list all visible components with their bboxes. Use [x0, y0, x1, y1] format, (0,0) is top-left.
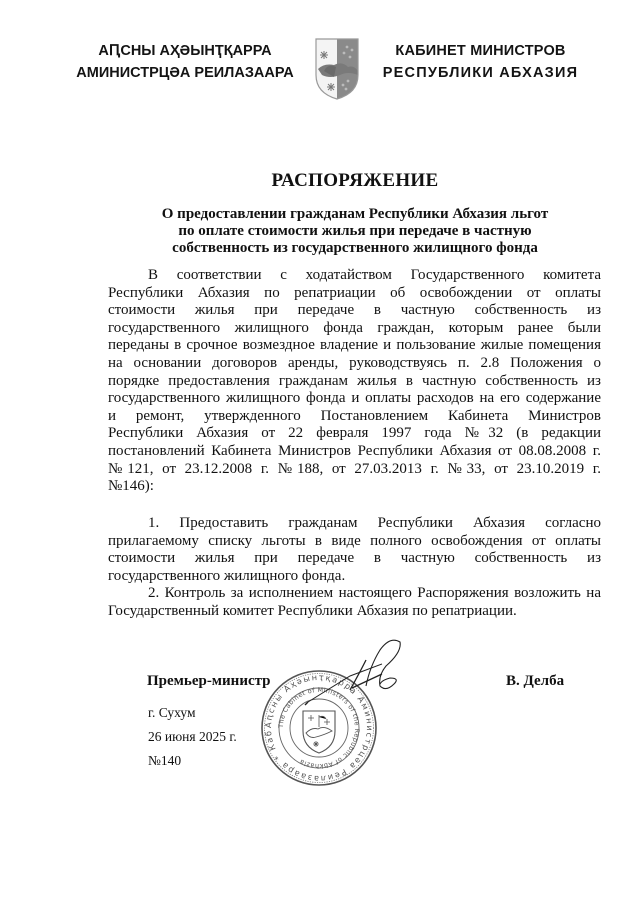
header-left-line2: АМИНИСТРЦӘА РЕИЛАЗААРА	[60, 65, 310, 81]
text-line: Государственный комитет Республики Абхаз…	[108, 603, 601, 621]
text-line: государственного жилищного фонда.	[108, 568, 601, 586]
document-subject: О предоставлении гражданам Республики Аб…	[60, 206, 640, 258]
text-line: стоимости жилья при передаче в частную с…	[108, 302, 601, 320]
header-left-line1: АԤСНЫ АҲӘЫНҬҚАРРА	[60, 43, 310, 59]
text-line: на основании договоров аренды, руководст…	[108, 355, 601, 373]
subject-line: собственность из государственного жилищн…	[60, 240, 640, 257]
signatory-name: В. Делба	[506, 673, 564, 690]
text-line: постановлений Кабинета Министров Республ…	[108, 443, 601, 461]
text-line: Республики Абхазия от 22 февраля 1997 го…	[108, 425, 601, 443]
preamble-paragraph: В соответствии с ходатайством Государств…	[108, 267, 601, 496]
document-date: 26 июня 2025 г.	[148, 729, 237, 745]
subject-line: О предоставлении гражданам Республики Аб…	[60, 206, 640, 223]
text-line: 2. Контроль за исполнением настоящего Ра…	[108, 585, 601, 603]
item-2-paragraph: 2. Контроль за исполнением настоящего Ра…	[108, 585, 601, 620]
document-type-title: РАСПОРЯЖЕНИЕ	[0, 170, 640, 192]
text-line: порядке предоставления гражданам жилья в…	[108, 373, 601, 391]
text-line: 1. Предоставить гражданам Республики Абх…	[108, 515, 601, 533]
text-line: государственного жилищного фонда и оплат…	[108, 390, 601, 408]
text-line: и ремонт, утвержденного Постановлением К…	[108, 408, 601, 426]
text-line: В соответствии с ходатайством Государств…	[108, 267, 601, 285]
item-1-paragraph: 1. Предоставить гражданам Республики Абх…	[108, 515, 601, 585]
text-line: №121, от 23.12.2008 г. №188, от 27.03.20…	[108, 461, 601, 479]
document-city: г. Сухум	[148, 705, 196, 721]
text-line: стоимости жилья при передаче в частную с…	[108, 550, 601, 568]
text-line: прилагаемому списку льготы в виде полног…	[108, 533, 601, 551]
text-line: переданы в срочное возмездное владение и…	[108, 337, 601, 355]
text-line: государственного жилищного фонда граждан…	[108, 320, 601, 338]
handwritten-signature-icon	[290, 632, 430, 722]
text-line: №146):	[108, 478, 601, 496]
document-number: №140	[148, 753, 181, 769]
header-right-line2: РЕСПУБЛИКИ АБХАЗИЯ	[368, 65, 593, 81]
coat-of-arms-icon	[314, 37, 360, 101]
signatory-position: Премьер-министр	[147, 673, 271, 690]
subject-line: по оплате стоимости жилья при передаче в…	[60, 223, 640, 240]
header-right-line1: КАБИНЕТ МИНИСТРОВ	[368, 43, 593, 59]
text-line: Республики Абхазия по репатриации об осв…	[108, 285, 601, 303]
